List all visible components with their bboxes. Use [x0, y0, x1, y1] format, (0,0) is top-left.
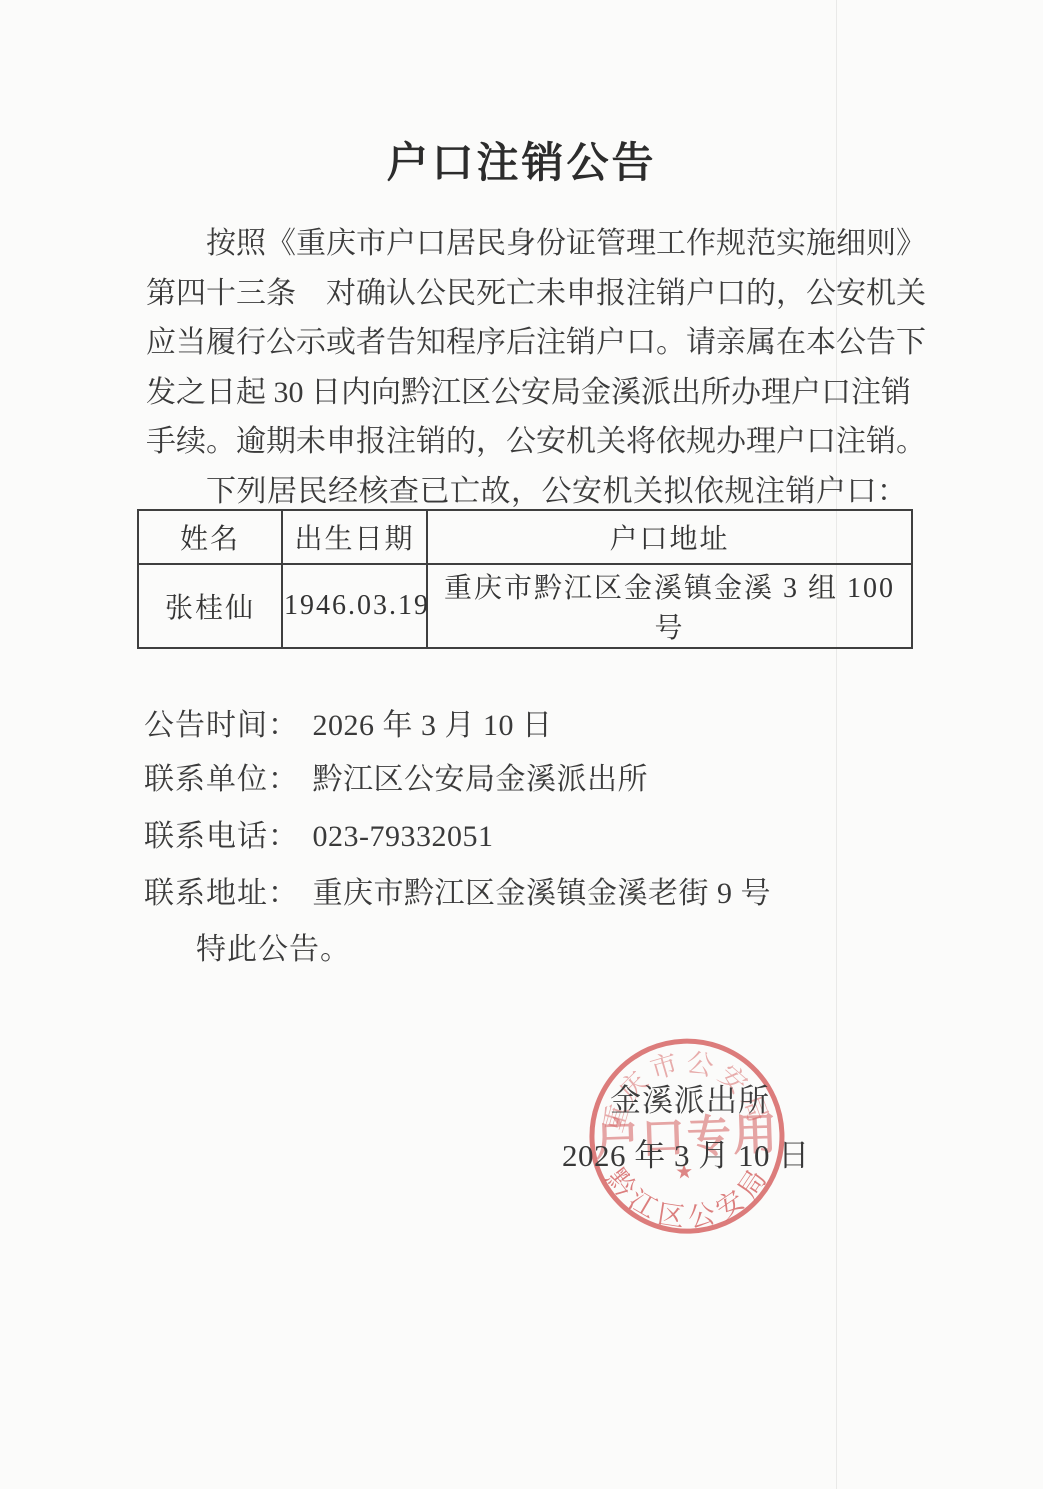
body-line: 按照《重庆市户口居民身份证管理工作规范实施细则》 [146, 219, 903, 269]
contact-row-address: 联系地址： 重庆市黔江区金溪镇金溪老街 9 号 [144, 874, 771, 914]
contact-label: 联系单位： [144, 760, 305, 800]
residents-table: 姓名 出生日期 户口地址 张桂仙 1946.03.19 重庆市黔江区金溪镇金溪 … [137, 509, 913, 649]
body-line: 发之日起 30 日内向黔江区公安局金溪派出所办理户口注销 [146, 368, 903, 418]
contact-row-phone: 联系电话： 023-79332051 [144, 817, 494, 857]
page-title: 户口注销公告 [0, 130, 1043, 190]
cell-birth-date: 1946.03.19 [282, 564, 427, 648]
contact-value: 2026 年 3 月 10 日 [313, 706, 553, 746]
cell-name: 张桂仙 [138, 564, 282, 648]
header-address: 户口地址 [427, 510, 912, 564]
body-line: 手续。逾期未申报注销的，公安机关将依规办理户口注销。 [146, 417, 903, 467]
closing-statement: 特此公告。 [196, 930, 351, 970]
contact-row-unit: 联系单位： 黔江区公安局金溪派出所 [144, 760, 648, 800]
header-birth-date: 出生日期 [282, 510, 427, 564]
contact-value: 重庆市黔江区金溪镇金溪老街 9 号 [313, 874, 772, 914]
contact-label: 联系地址： [144, 874, 305, 914]
contact-label: 联系电话： [144, 817, 305, 857]
table-row: 张桂仙 1946.03.19 重庆市黔江区金溪镇金溪 3 组 100 号 [138, 564, 912, 648]
table-header-row: 姓名 出生日期 户口地址 [138, 510, 912, 564]
scanned-notice-page: 户口注销公告 按照《重庆市户口居民身份证管理工作规范实施细则》 第四十三条 对确… [0, 0, 1043, 1489]
cell-address: 重庆市黔江区金溪镇金溪 3 组 100 号 [427, 564, 912, 648]
notice-body: 按照《重庆市户口居民身份证管理工作规范实施细则》 第四十三条 对确认公民死亡未申… [146, 219, 903, 516]
header-name: 姓名 [138, 510, 282, 564]
contact-value: 黔江区公安局金溪派出所 [313, 760, 649, 800]
official-seal: 重庆市公安局 黔江区公安局 户口专用 ★ [552, 1007, 831, 1266]
body-line: 应当履行公示或者告知程序后注销户口。请亲属在本公告下 [146, 318, 903, 368]
contact-row-announce-time: 公告时间： 2026 年 3 月 10 日 [144, 706, 553, 746]
contact-label: 公告时间： [144, 706, 305, 746]
signature-issuer: 金溪派出所 [610, 1083, 770, 1119]
contact-value: 023-79332051 [313, 817, 494, 857]
signature-date: 2026 年 3 月 10 日 [562, 1138, 810, 1174]
body-line: 第四十三条 对确认公民死亡未申报注销户口的，公安机关 [146, 269, 903, 319]
